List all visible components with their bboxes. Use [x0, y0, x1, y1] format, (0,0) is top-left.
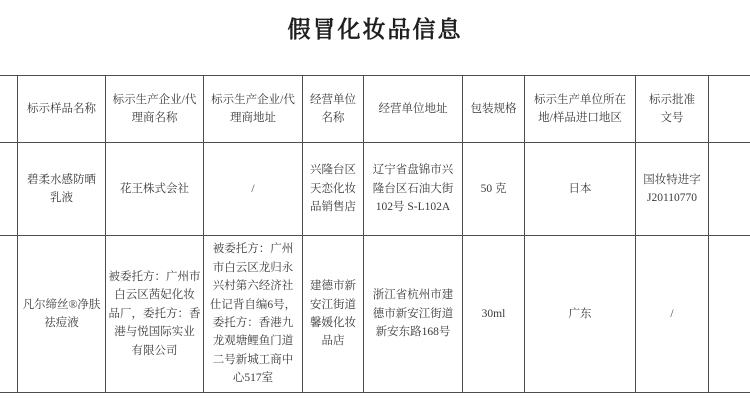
cell-license-number: / — [709, 143, 750, 236]
cell-serial-number — [0, 236, 18, 393]
cell-package-spec: 50 克 — [463, 143, 525, 236]
cell-seller-name: 建德市新 安江街道 馨媛化妆 品店 — [303, 236, 364, 393]
cell-approval-number: 国妆特进字 J20110770 — [636, 143, 709, 236]
cell-sample-name: 碧柔水感防晒 乳液 — [18, 143, 106, 236]
col-header-seller-address: 经营单位地址 — [364, 76, 463, 143]
table-row: 凡尔缔丝®净肤 祛痘液 被委托方：广州市 白云区茜妃化妆 品厂，委托方：香 港与… — [0, 236, 750, 393]
cell-seller-address: 辽宁省盘锦市兴 隆台区石油大街 102号 S-L102A — [364, 143, 463, 236]
col-header-origin-region: 标示生产单位所在 地/样品进口地区 — [525, 76, 636, 143]
cell-sample-name: 凡尔缔丝®净肤 祛痘液 — [18, 236, 106, 393]
col-header-sample-name: 标示样品名称 — [18, 76, 106, 143]
cell-manufacturer-address: / — [204, 143, 303, 236]
page-title: 假冒化妆品信息 — [0, 11, 750, 44]
cell-manufacturer-address: 被委托方：广州 市白云区龙归永 兴村第六经济社 仕记背自编6号， 委托方：香港九… — [204, 236, 303, 393]
cell-manufacturer-name: 花王株式会社 — [106, 143, 204, 236]
cell-origin-region: 日本 — [525, 143, 636, 236]
cell-approval-number: / — [636, 236, 709, 393]
col-header-approval-number: 标示批准 文号 — [636, 76, 709, 143]
col-header-package-spec: 包装规格 — [463, 76, 525, 143]
col-header-license-number: 标示 许可 — [709, 76, 750, 143]
col-header-serial-number: 号 — [0, 76, 18, 143]
cell-seller-address: 浙江省杭州市建 德市新安江街道 新安东路168号 — [364, 236, 463, 393]
col-header-manufacturer-address: 标示生产企业/代 理商地址 — [204, 76, 303, 143]
counterfeit-cosmetics-table: 号 标示样品名称 标示生产企业/代 理商名称 标示生产企业/代 理商地址 经营单… — [0, 75, 750, 393]
cell-license-number: 粤 2016 — [709, 236, 750, 393]
cell-origin-region: 广东 — [525, 236, 636, 393]
col-header-seller-name: 经营单位 名称 — [303, 76, 364, 143]
cell-package-spec: 30ml — [463, 236, 525, 393]
cell-seller-name: 兴隆台区 天恋化妆 品销售店 — [303, 143, 364, 236]
cell-serial-number — [0, 143, 18, 236]
cell-manufacturer-name: 被委托方：广州市 白云区茜妃化妆 品厂，委托方：香 港与悦国际实业 有限公司 — [106, 236, 204, 393]
table-row: 碧柔水感防晒 乳液 花王株式会社 / 兴隆台区 天恋化妆 品销售店 辽宁省盘锦市… — [0, 143, 750, 236]
header-row: 号 标示样品名称 标示生产企业/代 理商名称 标示生产企业/代 理商地址 经营单… — [0, 76, 750, 143]
col-header-manufacturer-name: 标示生产企业/代 理商名称 — [106, 76, 204, 143]
